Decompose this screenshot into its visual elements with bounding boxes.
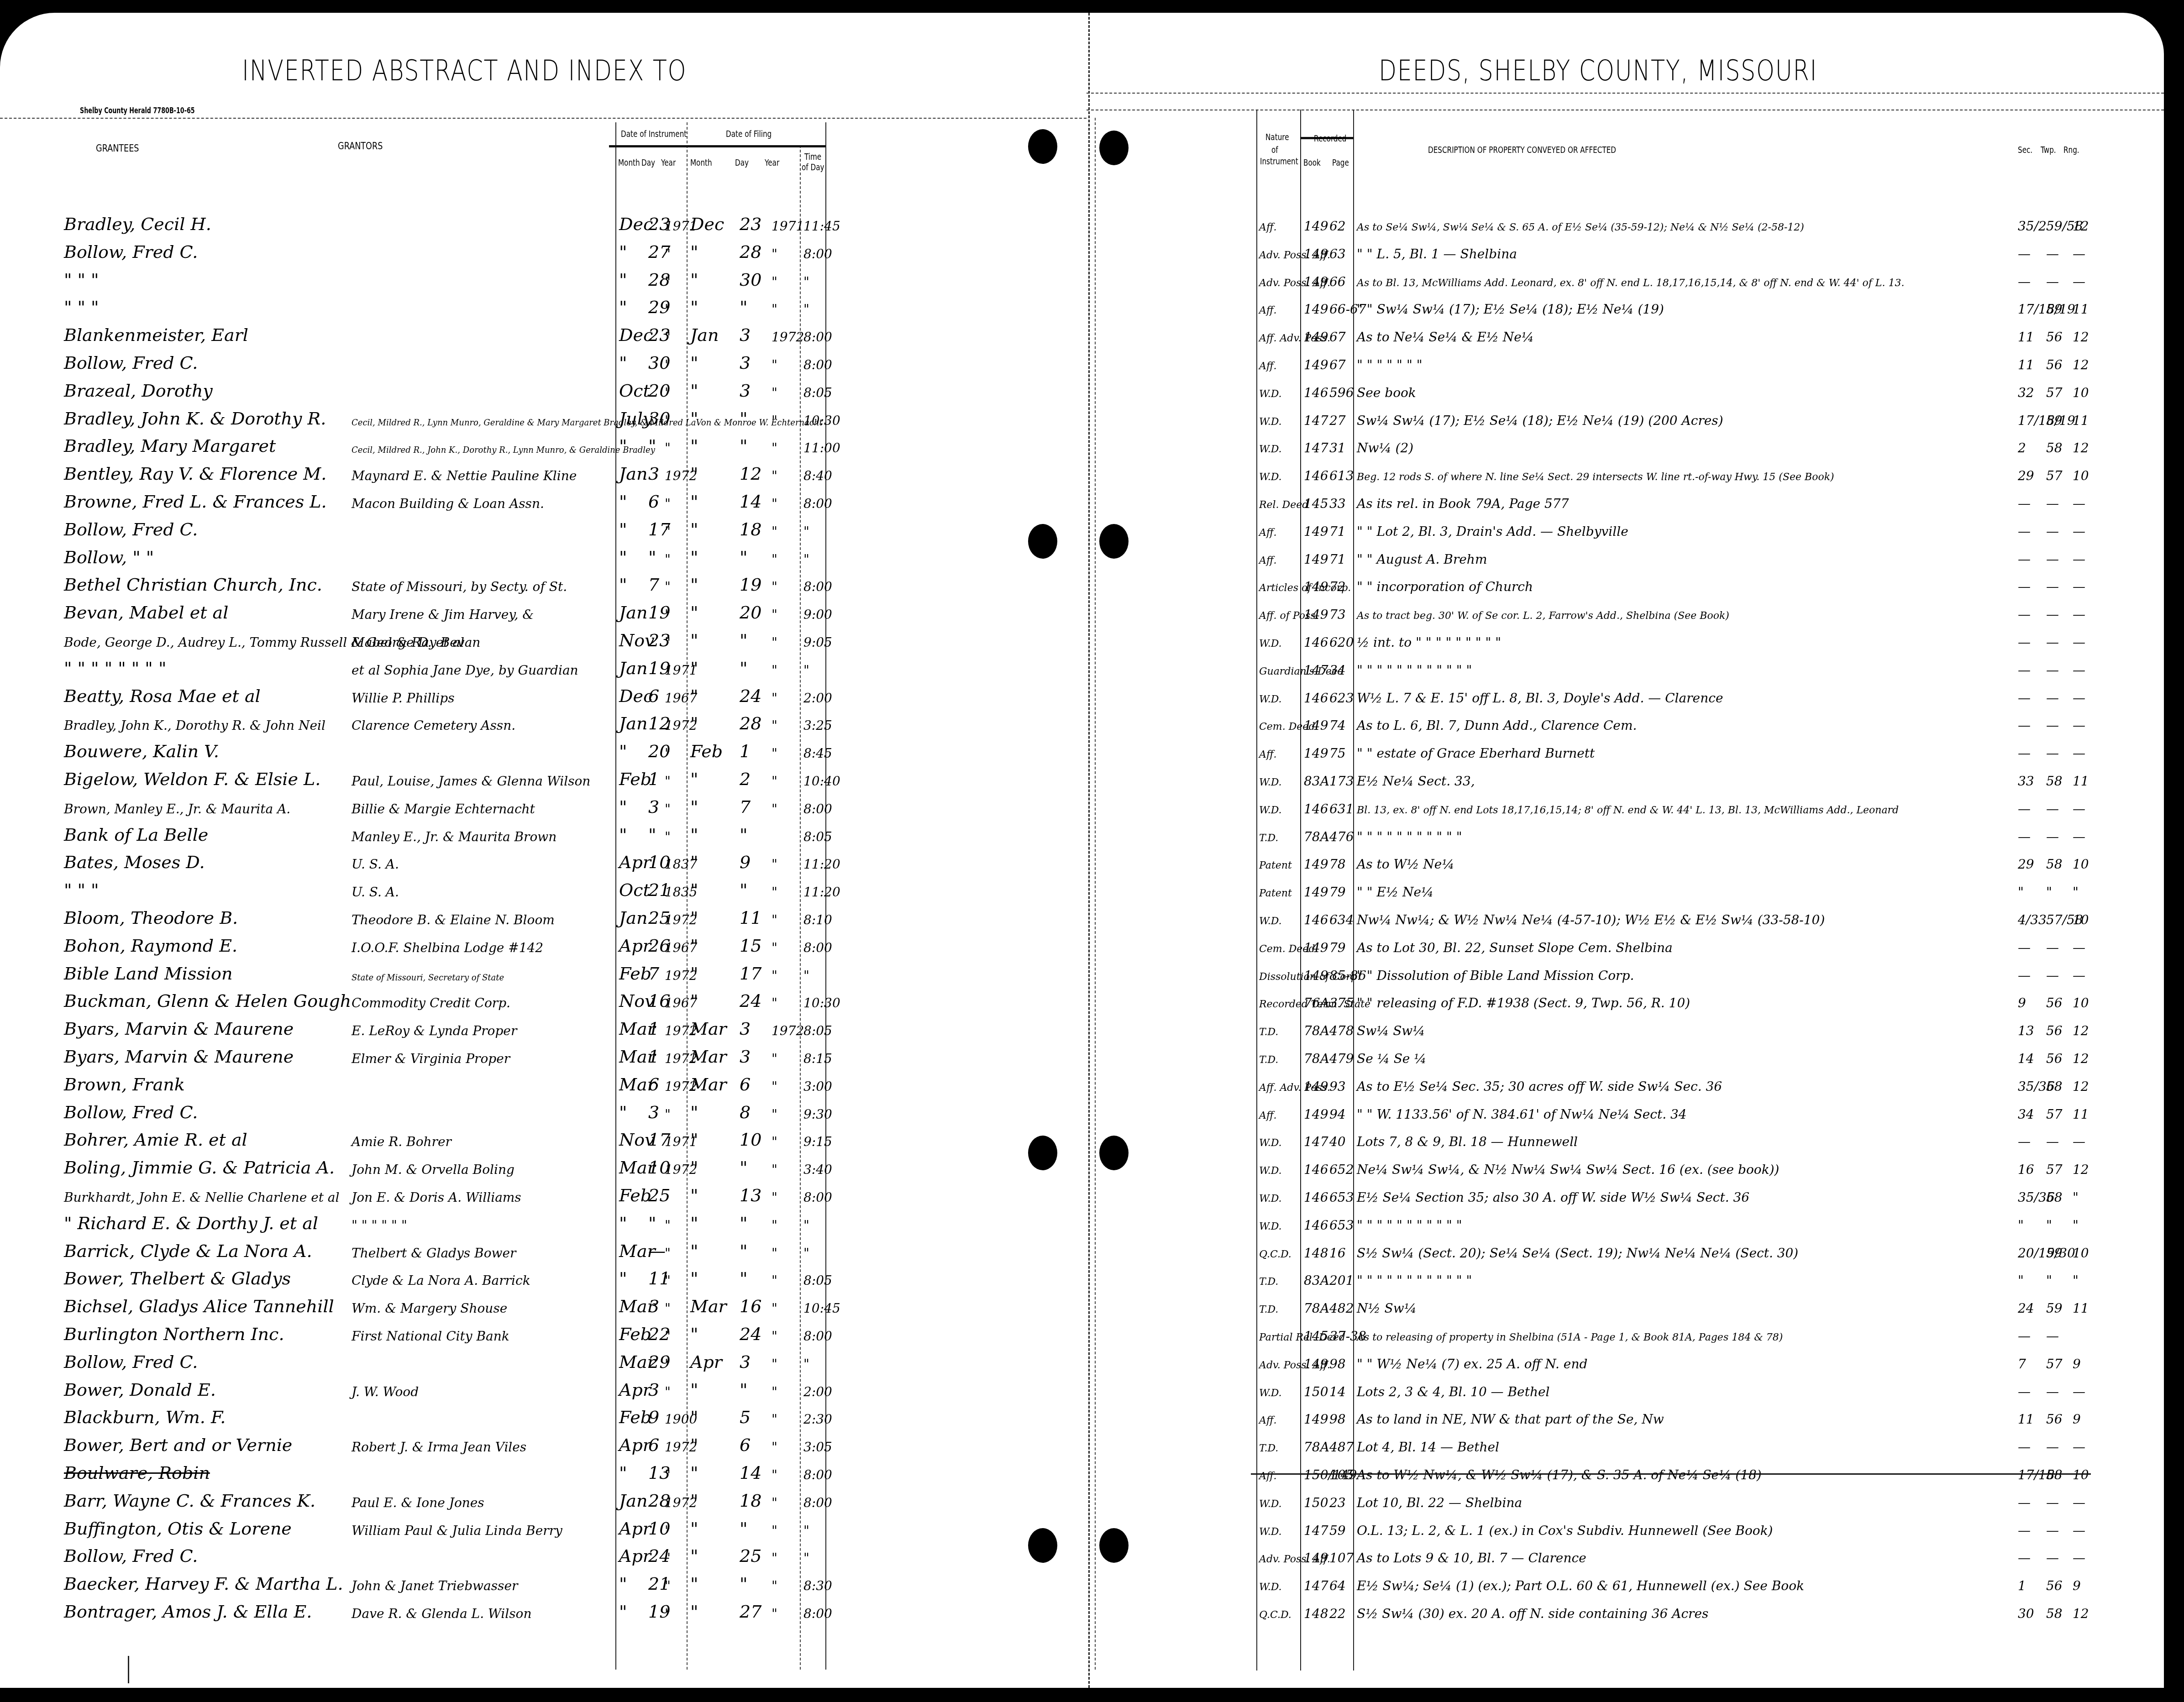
description-cell: " " W. 1133.56' of N. 384.61' of Nw¼ Ne¼… [1357, 1108, 1687, 1121]
time-cell: 8:00 [803, 1330, 832, 1343]
file-day-cell: " [740, 1575, 747, 1592]
description-cell: " " " " " " " " " " " " [1357, 664, 1472, 677]
file-day-cell: " [740, 660, 747, 677]
description-cell: " " Lot 2, Bl. 3, Drain's Add. — Shelbyv… [1357, 525, 1628, 538]
page-cell: 22 [1329, 1608, 1346, 1620]
description-cell: Lot 10, Bl. 22 — Shelbina [1357, 1497, 1522, 1509]
time-cell: " [803, 276, 809, 288]
page-cell: 14 [1329, 1386, 1346, 1398]
description-cell: " " " " " " " " " " " [1357, 1219, 1462, 1232]
nature-cell: Aff. [1259, 528, 1276, 538]
file-month-cell: " [690, 410, 698, 427]
file-month-cell: " [690, 576, 698, 593]
inst-year-cell: " [665, 1247, 671, 1260]
rng-cell: 10 [2073, 1247, 2089, 1260]
file-day-cell: 20 [740, 604, 761, 621]
grantor-cell: First National City Bank [352, 1330, 509, 1343]
rng-cell: — [2073, 1524, 2085, 1537]
twp-cell: 57 [2046, 1358, 2063, 1371]
file-month-cell: " [690, 1436, 698, 1454]
file-month-cell: Feb [690, 743, 723, 760]
rng-cell: 11 [2073, 775, 2089, 788]
sec-cell: 11 [2018, 331, 2034, 344]
sec-cell: — [2018, 498, 2031, 510]
book-cell: 83A [1304, 775, 1329, 788]
table-row: " " ""28""30""Adv. Poss. Aff.14966As to … [0, 265, 2164, 288]
table-row: Byars, Marvin & MaureneE. LeRoy & Lynda … [0, 1014, 2164, 1037]
file-year-cell: " [772, 442, 777, 455]
file-month-cell: Mar [690, 1048, 727, 1065]
page-cell: 613 [1329, 470, 1354, 482]
file-year-cell: " [772, 387, 777, 399]
nature-cell: T.D. [1259, 1055, 1278, 1065]
sec-cell: " [2018, 886, 2024, 899]
file-year-cell: " [772, 1524, 777, 1537]
file-day-cell: 27 [740, 1603, 761, 1620]
twp-cell: 58 [2046, 775, 2063, 788]
rng-cell: — [2073, 636, 2085, 649]
page-cell: 631 [1329, 803, 1354, 816]
description-cell: As to W½ Nw¼, & W½ Sw¼ (17), & S. 35 A. … [1357, 1469, 1762, 1482]
grantor-cell: Manley E., Jr. & Maurita Brown [352, 831, 556, 843]
book-cell: 78A [1304, 1302, 1329, 1315]
description-cell: " " " " " " " " " " " [1357, 831, 1462, 843]
file-day-cell: 6 [740, 1436, 751, 1454]
grantor-cell: Commodity Credit Corp. [352, 997, 510, 1010]
grantee-cell: Bradley, Cecil H. [64, 215, 211, 233]
grantee-cell: Baecker, Harvey F. & Martha L. [64, 1575, 343, 1592]
table-row: Bontrager, Amos J. & Ella E.Dave R. & Gl… [0, 1597, 2164, 1620]
page-cell: 476 [1329, 831, 1354, 843]
table-row: Boulware, Robin"13""14"8:00Aff.150/14910… [0, 1458, 2164, 1482]
description-cell: " " " " " " " " " " " " [1357, 1274, 1472, 1287]
grantee-cell: Blankenmeister, Earl [64, 326, 248, 344]
grantee-cell: " " " [64, 299, 99, 316]
file-year-cell: " [772, 248, 777, 261]
time-cell: 10:30 [803, 997, 840, 1010]
sec-cell: 11 [2018, 359, 2034, 372]
nature-cell: Patent [1259, 861, 1292, 871]
table-row: Brown, FrankMar61972Mar6"3:00Aff. Adv. P… [0, 1069, 2164, 1093]
inst-month-cell: " [619, 493, 627, 510]
grantee-cell: Bradley, John K. & Dorothy R. [64, 410, 326, 427]
file-month-cell: Dec [690, 215, 724, 233]
description-cell: As to releasing of property in Shelbina … [1357, 1333, 1783, 1343]
book-cell: 146 [1304, 1219, 1328, 1232]
grantee-cell: Bohon, Raymond E. [64, 937, 237, 954]
file-month-cell: " [690, 632, 698, 649]
file-day-cell: 9 [740, 854, 751, 871]
grantee-cell: Beatty, Rosa Mae et al [64, 687, 261, 705]
rng-cell: " [2073, 1274, 2079, 1287]
page-cell: 623 [1329, 692, 1354, 705]
grantee-cell: Bloom, Theodore B. [64, 909, 238, 927]
twp-cell: — [2046, 1136, 2059, 1148]
inst-month-cell: Oct [619, 881, 650, 899]
file-month-cell: " [690, 798, 698, 816]
inst-month-cell: " [619, 1104, 627, 1121]
inst-day-cell: " [648, 437, 656, 455]
file-day-cell: " [740, 1159, 747, 1176]
file-year-cell: " [772, 1080, 777, 1093]
time-cell: 8:00 [803, 1191, 832, 1204]
sec-cell: — [2018, 664, 2031, 677]
file-day-cell: " [740, 299, 747, 316]
grantee-cell: Bates, Moses D. [64, 854, 205, 871]
twp-cell: 57 [2046, 1163, 2063, 1176]
grantor-cell: Clyde & La Nora A. Barrick [352, 1274, 530, 1287]
inst-month-cell: " [619, 1215, 627, 1232]
file-month-cell: " [690, 1242, 698, 1260]
twp-cell: — [2046, 1330, 2059, 1343]
grantee-cell: Bradley, John K., Dorothy R. & John Neil [64, 719, 325, 732]
grantor-cell: Cecil, Mildred R., John K., Dorothy R., … [352, 446, 655, 455]
rng-cell: " [2073, 1219, 2079, 1232]
page-cell: 173 [1329, 775, 1354, 788]
time-cell: 8:45 [803, 747, 832, 760]
grantee-cell: Blackburn, Wm. F. [64, 1409, 226, 1426]
table-row: Blankenmeister, EarlDec23"Jan319728:00Af… [0, 320, 2164, 344]
page-cell: 93 [1329, 1080, 1346, 1093]
rng-cell: — [2073, 525, 2085, 538]
grantee-cell: Bouwere, Kalin V. [64, 743, 219, 760]
inst-day-cell: " [648, 549, 656, 566]
inst-month-cell: " [619, 271, 627, 288]
twp-cell: — [2046, 276, 2059, 288]
description-cell: As to Bl. 13, McWilliams Add. Leonard, e… [1357, 278, 1904, 288]
grantee-cell: Bollow, Fred C. [64, 1547, 198, 1565]
sec-cell: 34 [2018, 1108, 2034, 1121]
rng-cell: — [2073, 942, 2085, 954]
grantee-cell: Bollow, " " [64, 549, 154, 566]
sec-cell: 7 [2018, 1358, 2026, 1371]
inst-month-cell: Jan [619, 909, 647, 927]
book-cell: 146 [1304, 387, 1328, 399]
inst-month-cell: " [619, 549, 627, 566]
file-year-cell: " [772, 553, 777, 566]
table-row: Bloom, Theodore B.Theodore B. & Elaine N… [0, 903, 2164, 927]
book-cell: 149 [1304, 553, 1328, 566]
nature-cell: W.D. [1259, 472, 1282, 482]
file-day-cell: 3 [740, 1048, 751, 1065]
inst-month-cell: Oct [619, 382, 650, 399]
page-cell: 27 [1329, 414, 1346, 427]
nature-cell: W.D. [1259, 1527, 1282, 1537]
grantee-cell: Byars, Marvin & Maurene [64, 1048, 294, 1065]
file-day-cell: 16 [740, 1298, 761, 1315]
sec-cell: " [2018, 1219, 2024, 1232]
page-cell: 94 [1329, 1108, 1346, 1121]
grantee-cell: Bower, Thelbert & Gladys [64, 1270, 291, 1287]
book-cell: 147 [1304, 1524, 1328, 1537]
grantee-cell: Bethel Christian Church, Inc. [64, 576, 322, 593]
table-row: Bollow, Fred C.Apr24""25""Adv. Poss. Aff… [0, 1541, 2164, 1565]
ledger-spread: INVERTED ABSTRACT AND INDEX TO Shelby Co… [0, 13, 2164, 1688]
inst-year-cell: " [665, 608, 671, 621]
rng-cell: — [2073, 664, 2085, 677]
inst-month-cell: " [619, 1270, 627, 1287]
file-month-cell: " [690, 299, 698, 316]
inst-year-cell: " [665, 248, 671, 261]
book-cell: 78A [1304, 1441, 1329, 1454]
inst-year-cell: " [665, 387, 671, 399]
grantor-cell: E. LeRoy & Lynda Proper [352, 1025, 517, 1037]
file-year-cell: " [772, 1136, 777, 1148]
file-day-cell: 3 [740, 382, 751, 399]
book-cell: 147 [1304, 1136, 1328, 1148]
sec-cell: 35/2 [2018, 220, 2047, 233]
file-day-cell: 15 [740, 937, 761, 954]
rng-cell: — [2073, 747, 2085, 760]
grantor-cell: Jon E. & Doris A. Williams [352, 1191, 521, 1204]
file-day-cell: 3 [740, 326, 751, 344]
file-year-cell: " [772, 359, 777, 372]
book-cell: 146 [1304, 803, 1328, 816]
book-cell: 149 [1304, 886, 1328, 899]
twp-cell: — [2046, 747, 2059, 760]
margin-tick [128, 1656, 129, 1683]
inst-month-cell: Jan [619, 465, 647, 482]
time-cell: 8:00 [803, 331, 832, 344]
time-cell: 9:05 [803, 636, 832, 649]
inst-month-cell: " [619, 1603, 627, 1620]
rng-cell: — [2073, 692, 2085, 705]
description-cell: As to L. 6, Bl. 7, Dunn Add., Clarence C… [1357, 719, 1637, 732]
twp-cell: 58 [2046, 858, 2063, 871]
inst-month-cell: Feb [619, 770, 651, 788]
sec-cell: 29 [2018, 858, 2034, 871]
twp-cell: 59 [2046, 1302, 2063, 1315]
rng-cell: 12 [2073, 1025, 2089, 1037]
nature-cell: T.D. [1259, 1027, 1278, 1037]
file-month-cell: " [690, 1187, 698, 1204]
description-cell: See book [1357, 387, 1416, 399]
file-month-cell: " [690, 937, 698, 954]
grantee-cell: Boulware, Robin [64, 1464, 210, 1482]
inst-month-cell: " [619, 521, 627, 538]
file-year-cell: " [772, 1413, 777, 1426]
book-cell: 147 [1304, 1580, 1328, 1592]
time-cell: 8:05 [803, 1025, 832, 1037]
file-month-cell: Mar [690, 1076, 727, 1093]
description-cell: As to Ne¼ Se¼ & E½ Ne¼ [1357, 331, 1534, 344]
file-year-cell: " [772, 775, 777, 788]
file-day-cell: 3 [740, 1353, 751, 1371]
sec-cell: — [2018, 1441, 2031, 1454]
table-row: Byars, Marvin & MaureneElmer & Virginia … [0, 1042, 2164, 1065]
inst-year-cell: " [665, 1386, 671, 1398]
book-cell: 78A [1304, 1025, 1329, 1037]
inst-year-cell: " [665, 1524, 671, 1537]
table-row: Bode, George D., Audrey L., Tommy Russel… [0, 625, 2164, 649]
nature-cell: T.D. [1259, 1444, 1278, 1454]
file-day-cell: 25 [740, 1547, 761, 1565]
book-cell: 149 [1304, 1413, 1328, 1426]
description-cell: " " estate of Grace Eberhard Burnett [1357, 747, 1595, 760]
file-day-cell: 18 [740, 521, 761, 538]
rng-cell: — [2073, 831, 2085, 843]
description-cell: " " W½ Ne¼ (7) ex. 25 A. off N. end [1357, 1358, 1587, 1371]
file-month-cell: " [690, 1547, 698, 1565]
book-cell: 149 [1304, 1358, 1328, 1371]
inst-month-cell: Feb [619, 965, 651, 982]
file-year-cell: " [772, 942, 777, 954]
nature-cell: W.D. [1259, 916, 1282, 927]
file-day-cell: 14 [740, 1464, 761, 1482]
file-month-cell: " [690, 909, 698, 927]
file-year-cell: " [772, 803, 777, 816]
file-month-cell: " [690, 1575, 698, 1592]
grantee-cell: Brown, Frank [64, 1076, 185, 1093]
rng-cell: " [2073, 886, 2079, 899]
time-cell: 8:00 [803, 1608, 832, 1620]
sec-cell: — [2018, 553, 2031, 566]
time-cell: " [803, 969, 809, 982]
grantor-cell: Dave R. & Glenda L. Wilson [352, 1608, 531, 1620]
rng-cell: — [2073, 248, 2085, 261]
file-year-cell: " [772, 414, 777, 427]
inst-day-cell: 3 [648, 465, 659, 482]
time-cell: 3:05 [803, 1441, 832, 1454]
time-cell: " [803, 1524, 809, 1537]
twp-cell: " [2046, 1274, 2052, 1287]
time-cell: " [803, 664, 809, 677]
page-cell: 487 [1329, 1441, 1354, 1454]
sec-cell: — [2018, 969, 2031, 982]
description-cell: Sw¼ Sw¼ (17); E½ Se¼ (18); E½ Ne¼ (19) (… [1357, 414, 1723, 427]
rng-cell: 9 [2073, 1413, 2081, 1426]
table-row: Bradley, John K. & Dorothy R.Cecil, Mild… [0, 403, 2164, 427]
twp-cell: — [2046, 942, 2059, 954]
inst-month-cell: Jan [619, 660, 647, 677]
file-day-cell: 10 [740, 1131, 761, 1148]
file-day-cell: 3 [740, 354, 751, 372]
inst-month-cell: Apr [619, 854, 651, 871]
rng-cell: 10 [2073, 997, 2089, 1010]
book-cell: 149 [1304, 303, 1328, 316]
grantee-cell: Boling, Jimmie G. & Patricia A. [64, 1159, 335, 1176]
description-cell: N½ Sw¼ [1357, 1302, 1417, 1315]
table-row: Burlington Northern Inc.First National C… [0, 1319, 2164, 1343]
book-cell: 147 [1304, 664, 1328, 677]
description-cell: " " " " " " " [1357, 359, 1423, 372]
page-cell: 75 [1329, 747, 1346, 760]
table-row: Bollow, Fred C."17""18""Aff.14971" " Lot… [0, 514, 2164, 538]
file-day-cell: 5 [740, 1409, 751, 1426]
file-day-cell: 19 [740, 576, 761, 593]
file-year-cell: " [772, 608, 777, 621]
rng-cell: " [2073, 1191, 2079, 1204]
sec-cell: — [2018, 1497, 2031, 1509]
grantor-cell: Paul E. & Ione Jones [352, 1497, 484, 1509]
description-cell: Beg. 12 rods S. of where N. line Se¼ Sec… [1357, 472, 1834, 482]
grantor-cell: Macon Building & Loan Assn. [352, 498, 544, 510]
file-year-cell: " [772, 914, 777, 927]
book-cell: 149 [1304, 359, 1328, 372]
grantor-cell: Willie P. Phillips [352, 692, 455, 705]
time-cell: 11:00 [803, 442, 840, 455]
inst-day-cell: 3 [648, 1381, 659, 1398]
file-month-cell: " [690, 1131, 698, 1148]
nature-cell: Aff. [1259, 306, 1276, 316]
sec-cell: 4/33 [2018, 914, 2047, 927]
grantor-cell: Paul, Louise, James & Glenna Wilson [352, 775, 590, 788]
file-day-cell: 17 [740, 965, 761, 982]
file-day-cell: " [740, 410, 747, 427]
inst-year-cell: " [665, 581, 671, 593]
time-cell: 8:00 [803, 581, 832, 593]
nature-cell: Rel. Deed [1259, 500, 1308, 510]
file-year-cell: " [772, 997, 777, 1010]
file-day-cell: 13 [740, 1187, 761, 1204]
file-day-cell: " [740, 1270, 747, 1287]
inst-month-cell: " [619, 1464, 627, 1482]
file-year-cell: " [772, 719, 777, 732]
book-cell: 149 [1304, 942, 1328, 954]
file-day-cell: 24 [740, 687, 761, 705]
time-cell: 8:15 [803, 1053, 832, 1065]
page-cell: 653 [1329, 1219, 1354, 1232]
nature-cell: Aff. [1259, 223, 1276, 233]
file-year-cell: " [772, 1330, 777, 1343]
book-cell: 150 [1304, 1386, 1328, 1398]
inst-month-cell: July [619, 410, 652, 427]
inst-day-cell: 1 [648, 1020, 659, 1037]
time-cell: 2:00 [803, 1386, 832, 1398]
grantee-cell: Brazeal, Dorothy [64, 382, 213, 399]
twp-cell: — [2046, 553, 2059, 566]
file-day-cell: " [740, 632, 747, 649]
nature-cell: W.D. [1259, 1222, 1282, 1232]
twp-cell: — [2046, 692, 2059, 705]
rng-cell: — [2073, 1497, 2085, 1509]
description-cell: Sw¼ Sw¼ [1357, 1025, 1425, 1037]
description-cell: Nw¼ (2) [1357, 442, 1413, 455]
twp-cell: — [2046, 636, 2059, 649]
grantee-cell: Browne, Fred L. & Frances L. [64, 493, 327, 510]
rng-cell: — [2073, 1441, 2085, 1454]
grantor-cell: John M. & Orvella Boling [352, 1163, 514, 1176]
inst-year-cell: " [665, 1469, 671, 1482]
grantee-cell: Barrick, Clyde & La Nora A. [64, 1242, 312, 1260]
file-year-cell: " [772, 886, 777, 899]
description-cell: " " E½ Ne¼ [1357, 886, 1433, 899]
inst-year-cell: " [665, 775, 671, 788]
rng-cell: — [2073, 803, 2085, 816]
time-cell: 8:00 [803, 248, 832, 261]
table-row: " " "U. S. A.Oct211835"""11:20Patent1497… [0, 875, 2164, 899]
grantor-cell: Clarence Cemetery Assn. [352, 719, 515, 732]
book-cell: 148 [1304, 1608, 1328, 1620]
twp-cell: — [2046, 803, 2059, 816]
grantee-cell: Bigelow, Weldon F. & Elsie L. [64, 770, 320, 788]
file-day-cell: " [740, 1215, 747, 1232]
table-row: Bouwere, Kalin V."20"Feb1"8:45Aff.14975"… [0, 736, 2164, 760]
grantee-cell: " " " [64, 881, 99, 899]
inst-day-cell: 6 [648, 493, 659, 510]
book-cell: 146 [1304, 1191, 1328, 1204]
rng-cell: 11 [2073, 303, 2089, 316]
table-row: Brazeal, DorothyOct20""3"8:05W.D.146596S… [0, 376, 2164, 399]
grantee-cell: " " " " " " " " [64, 660, 166, 677]
sec-cell: — [2018, 1136, 2031, 1148]
rng-cell: — [2073, 608, 2085, 621]
description-cell: Bl. 13, ex. 8' off N. end Lots 18,17,16,… [1357, 806, 1899, 816]
sec-cell: — [2018, 636, 2031, 649]
rng-cell: 10 [2073, 858, 2089, 871]
inst-year-cell: " [665, 414, 671, 427]
page-cell: 107 [1329, 1552, 1354, 1565]
